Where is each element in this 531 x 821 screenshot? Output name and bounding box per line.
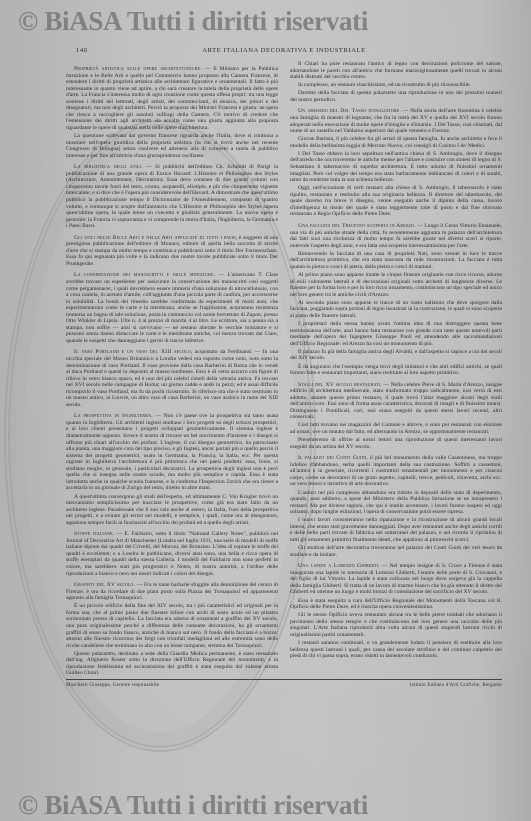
article-paragraph: Daremo della facciata di questo palazzet… xyxy=(290,90,502,103)
article-body-text: I proprietari della stessa hanno avuto l… xyxy=(290,321,502,347)
article-heading: La conservazione dei manoscritti e delle… xyxy=(74,272,215,278)
article-body-text: È un piccolo edificio della fine del XIV… xyxy=(66,603,278,648)
article-paragraph: In complesso, un restauro riuscitissimo,… xyxy=(290,82,502,89)
article-paragraph: La conservazione dei manoscritti e delle… xyxy=(66,272,278,344)
article-paragraph: Gli studiosi dell'arte decorativa trover… xyxy=(290,545,502,558)
article-paragraph: La questione sollevata dal governo franc… xyxy=(66,133,278,159)
article-paragraph: È da augurarsi che l'esempio venga trovi… xyxy=(290,364,502,377)
article-paragraph: Proprietà artistica sulle opere architet… xyxy=(66,66,278,131)
article-body-text: — L'americano T. Clare avrebbe trovato u… xyxy=(66,272,278,343)
article-heading: Una lapide a Lorenzo Ghiberti. xyxy=(298,563,380,569)
article-paragraph: Gli stili nelle Belle Arti e nelle Arti … xyxy=(66,235,278,268)
article-paragraph: Oggi, nell'occasione di certi restauri a… xyxy=(290,185,502,218)
article-body-text: Daremo della facciata di questo palazzet… xyxy=(290,90,502,103)
article-paragraph: Stalli del XV secolo restaurati. — Nella… xyxy=(290,382,502,421)
article-heading: Gli stili nelle Belle Arti e nelle Arti … xyxy=(74,235,236,241)
article-body-text: Essa è stata eseguita a cura dell'Uffici… xyxy=(290,598,502,611)
article-paragraph: I nuovi lavori consisteranno nella ripar… xyxy=(290,517,502,543)
article-body-text: In complesso, un restauro riuscitissimo,… xyxy=(298,82,471,88)
running-head: 140 ARTE ITALIANA DECORATIVA E INDUSTRIA… xyxy=(66,47,502,59)
article-paragraph: A quest'ultima convergono gli studi dell… xyxy=(66,494,278,527)
article-heading: Il palazzo dei Conti Guidi xyxy=(298,455,366,461)
article-heading: Stoffe italiane. xyxy=(74,531,114,537)
article-body-text: Questo palazzetto, destinato a sede dell… xyxy=(66,651,278,677)
article-body-text: — Il Ministro per la Pubblica Istruzione… xyxy=(66,66,278,131)
article-body-text: Al primo piano sono apparse intatte le c… xyxy=(290,272,502,298)
article-paragraph: È un piccolo edificio della fine del XIV… xyxy=(66,603,278,649)
article-paragraph: Rimuovendo la facciata di una casa di pr… xyxy=(290,251,502,271)
text-columns: Proprietà artistica sulle opere architet… xyxy=(66,61,502,680)
article-paragraph: Così tutti trovano nei magazzini del Com… xyxy=(290,422,502,435)
article-paragraph: Giovan Battista, il più celebre fra gli … xyxy=(290,136,502,149)
article-heading: La prospettiva in Inghilterra. xyxy=(74,413,153,419)
article-paragraph: Stoffe italiane. — E. Fairbairn, sotto i… xyxy=(66,531,278,577)
article-paragraph: Una lapide a Lorenzo Ghiberti. — Nel tem… xyxy=(290,563,502,596)
article-heading: Una facciata del Trecento scoperta in Ar… xyxy=(298,223,416,229)
article-heading: Proprietà artistica sulle opere architet… xyxy=(74,66,202,72)
copyright-watermark-bottom: © BiASA Tutti i diritti riservati xyxy=(18,790,368,821)
article-body-text: I restauri saranno continuati, e va gran… xyxy=(290,640,502,659)
article-paragraph: Presenteremo di offrire ai nostri lettor… xyxy=(290,437,502,450)
article-body-text: , acquistato da Ferdinand. — In una nicc… xyxy=(66,349,278,407)
article-heading: Stalli del XV secolo restaurati. xyxy=(298,382,382,388)
article-body-text: — Non c'è paese ove la prospettiva sia t… xyxy=(66,413,278,491)
article-heading: La biblioteca degli stili. xyxy=(74,164,143,170)
copyright-watermark-top: © BiASA Tutti i diritti riservati xyxy=(18,6,368,37)
article-paragraph: Gli le stesso Opificio aveva restaurato … xyxy=(290,612,502,638)
article-body-text: — Si pubblichi dell'editore Ch. Schmidt … xyxy=(66,164,278,229)
article-body-text: A quest'ultima convergono gli studi dell… xyxy=(66,494,278,526)
article-paragraph: La prospettiva in Inghilterra. — Non c'è… xyxy=(66,413,278,492)
article-paragraph: L'antico nel più complesso abbandono era… xyxy=(290,490,502,516)
article-paragraph: La biblioteca degli stili. — Si pubblich… xyxy=(66,164,278,229)
article-body-text: Gli studiosi dell'arte decorativa trover… xyxy=(290,545,502,558)
article-body-text: Rimuovendo la facciata di una casa di pr… xyxy=(290,251,502,270)
article-heading: Il vaso Portland e un vaso del XIII seco… xyxy=(74,349,191,355)
article-body-text: Il Chiari ha pure restaurato l'antico di… xyxy=(290,61,502,80)
article-body-text: Oggi, nell'occasione di certi restauri a… xyxy=(290,185,502,217)
article-body-text: Giovan Battista, il più celebre fra gli … xyxy=(290,136,502,149)
article-body-text: È da augurarsi che l'esempio venga trovi… xyxy=(290,364,502,377)
document-page: 140 ARTE ITALIANA DECORATIVA E INDUSTRIA… xyxy=(66,47,502,702)
footer-printer: Istituto Italiano d'Arti Grafiche, Berga… xyxy=(410,683,502,688)
article-paragraph: Graffiti del XV secolo. — Fra le tante b… xyxy=(66,582,278,602)
article-paragraph: Il palazzo fu già della famiglia antica … xyxy=(290,349,502,362)
right-column: Il Chiari ha pure restaurato l'antico di… xyxy=(290,61,502,680)
article-body-text: I Del Tasso ebbero la loro sepoltura nel… xyxy=(290,151,502,183)
article-paragraph: Questo palazzetto, destinato a sede dell… xyxy=(66,651,278,677)
article-paragraph: Il palazzo dei Conti Guidi, il più bel m… xyxy=(290,455,502,488)
article-paragraph: Il Chiari ha pure restaurato l'antico di… xyxy=(290,61,502,81)
article-paragraph: I restauri saranno continuati, e va gran… xyxy=(290,640,502,660)
article-body-text: — Nella celebre Pieve di S. Maria d'Arez… xyxy=(290,382,502,421)
article-paragraph: Un armadio del Del Tasso intagliatore. —… xyxy=(290,108,502,134)
article-body-text: — E. Fairbairn, sotto il titolo "Nationa… xyxy=(66,531,278,576)
page-footer: Moschetti Giuseppe, Gerente responsabile… xyxy=(66,679,502,692)
footer-publisher-responsible: Moschetti Giuseppe, Gerente responsabile xyxy=(66,683,159,688)
article-body-text: Così tutti trovano nei magazzini del Com… xyxy=(290,422,502,435)
article-body-text: Presenteremo di offrire ai nostri lettor… xyxy=(290,437,502,450)
article-paragraph: Essa è stata eseguita a cura dell'Uffici… xyxy=(290,598,502,611)
article-body-text: Il palazzo fu già della famiglia antica … xyxy=(290,349,502,362)
article-body-text: La questione sollevata dal governo franc… xyxy=(66,133,278,159)
article-paragraph: Il vaso Portland e un vaso del XIII seco… xyxy=(66,349,278,408)
left-column: Proprietà artistica sulle opere architet… xyxy=(66,61,278,680)
journal-title: ARTE ITALIANA DECORATIVA E INDUSTRIALE xyxy=(66,47,502,54)
article-body-text: L'antico nel più complesso abbandono era… xyxy=(290,490,502,516)
article-body-text: Gli le stesso Opificio aveva restaurato … xyxy=(290,612,502,638)
article-heading: Graffiti del XV secolo. xyxy=(74,582,135,588)
article-heading: Un armadio del Del Tasso intagliatore. xyxy=(298,108,401,114)
article-paragraph: I proprietari della stessa hanno avuto l… xyxy=(290,321,502,347)
article-paragraph: Al primo piano sono apparse intatte le c… xyxy=(290,272,502,298)
article-paragraph: I Del Tasso ebbero la loro sepoltura nel… xyxy=(290,151,502,184)
article-body-text: Al secondo piano sono apparse le tracce … xyxy=(290,300,502,319)
article-paragraph: Una facciata del Trecento scoperta in Ar… xyxy=(290,223,502,249)
article-paragraph: Al secondo piano sono apparse le tracce … xyxy=(290,300,502,320)
article-body-text: I nuovi lavori consisteranno nella ripar… xyxy=(290,517,502,543)
